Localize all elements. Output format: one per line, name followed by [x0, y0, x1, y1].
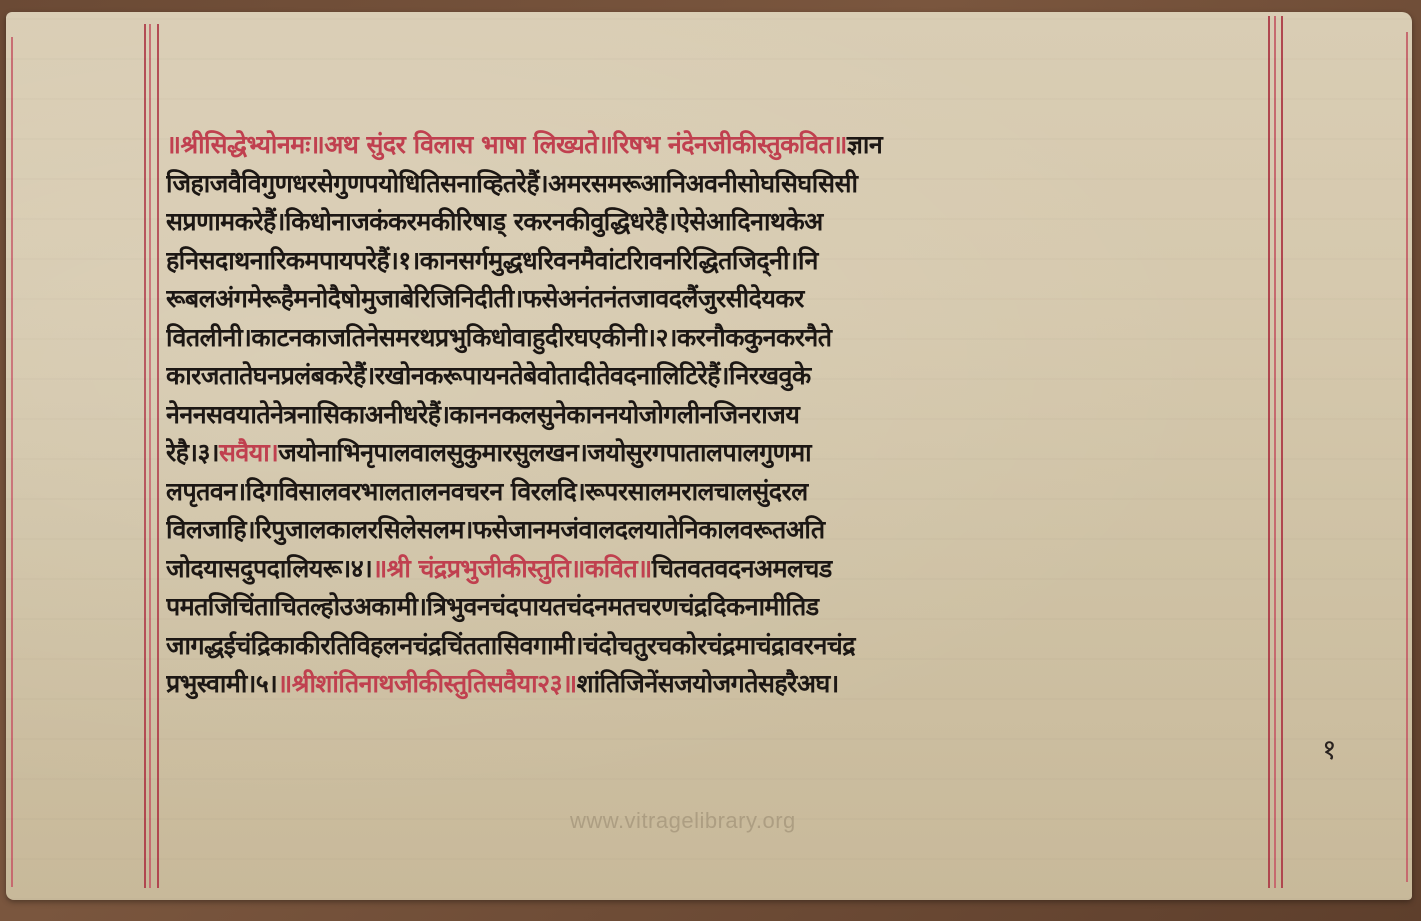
line-segment: विलजाहि। [166, 515, 255, 544]
line-segment: पमतजिचिंताचितल्होउअकामी।त्रिभुवनचंदपायतच… [166, 592, 819, 621]
line-segment: जिहाजवैविगुणधरसेगुणपयोधितिसनाव्हितरेहैं। [166, 169, 548, 198]
folio-number: १ [1322, 730, 1337, 768]
text-line-7: कारजतातेघनप्रलंबकरेहैं।रखोनकरूपायनतेबेवो… [166, 357, 1264, 396]
left-margin-rule-3 [157, 24, 159, 888]
text-line-4: हनिसदाथनारिकमपायपरेहैं।१।कानसर्गमुद्धधरि… [166, 242, 1264, 281]
text-line-2: जिहाजवैविगुणधरसेगुणपयोधितिसनाव्हितरेहैं।… [166, 165, 1264, 204]
text-line-14: जागद्धईचंद्रिकाकीरतिविहलनचंद्रचिंततासिवग… [166, 627, 1264, 666]
line-segment: वितलीनी। [166, 323, 251, 352]
line-segment: जोदयासदुपदालियरू।४। [166, 554, 372, 583]
line-segment: ॥श्रीशांतिनाथजीकीस्तुतिसवैया२३॥ [277, 669, 576, 698]
right-margin-rule-3 [1281, 16, 1283, 888]
line-segment: सप्रणामकरेहैं। [166, 207, 285, 236]
line-segment: कानसर्गमुद्धधरिवनमैवांटरिावनरिद्धितजिद्न… [420, 246, 818, 275]
line-segment: प्रभुस्वामी।५। [166, 669, 277, 698]
line-segment: चंदोचतुरचकोरचंद्रमाचंद्रावरनचंद्र [583, 631, 855, 660]
text-line-9: रेहै।३।सवैया।जयोनाभिनृपालवालसुकुमारसुलखन… [166, 434, 1264, 473]
line-segment: करनौककुनकरनैते [677, 323, 832, 352]
right-margin-rule-2 [1274, 16, 1276, 888]
line-segment: कारजतातेघनप्रलंबकरेहैं। [166, 361, 375, 390]
line-segment: निरखवुके [729, 361, 811, 390]
text-line-11: विलजाहि।रिपुजालकालरसिलेसलम।फसेजानमजंवालद… [166, 511, 1264, 550]
text-line-1: ॥श्रीसिद्धेभ्योनमः॥अथ सुंदर विलास भाषा ल… [166, 126, 1264, 165]
line-segment: नेननसवयातेनेत्रनासिकाअनीधरेहैं। [166, 400, 450, 429]
right-edge-rule [1406, 32, 1408, 882]
line-segment: ॥श्री चंद्रप्रभुजीकीस्तुति॥कवित॥ [372, 554, 651, 583]
line-segment: दिगविसालवरभालतालनवचरन विरलदि। [246, 477, 586, 506]
text-line-13: पमतजिचिंताचितल्होउअकामी।त्रिभुवनचंदपायतच… [166, 588, 1264, 627]
text-line-6: वितलीनी।काटनकाजतिनेसमरथप्रभुकिधोवाहुदीरघ… [166, 319, 1264, 358]
line-segment: ज्ञान [847, 130, 882, 159]
line-segment: रिपुजालकालरसिलेसलम। [255, 515, 473, 544]
text-line-15: प्रभुस्वामी।५।॥श्रीशांतिनाथजीकीस्तुतिसवै… [166, 665, 1264, 704]
line-segment: सवैया। [219, 438, 278, 467]
text-line-3: सप्रणामकरेहैं।किधोनाजकंकरमकीरिषाड् रकरनक… [166, 203, 1264, 242]
line-segment: शांतिजिनेंसजयोजगतेसहरैअघ। [577, 669, 839, 698]
left-edge-rule [11, 37, 13, 887]
line-segment: जयोसुरगपातालपालगुणमा [587, 438, 811, 467]
line-segment: हनिसदाथनारिकमपायपरेहैं।१। [166, 246, 420, 275]
line-segment: जागद्धईचंद्रिकाकीरतिविहलनचंद्रचिंततासिवग… [166, 631, 583, 660]
text-line-10: लपृतवन।दिगविसालवरभालतालनवचरन विरलदि।रूपर… [166, 473, 1264, 512]
line-segment: ॥श्रीसिद्धेभ्योनमः॥अथ सुंदर विलास भाषा ल… [166, 130, 847, 159]
line-segment: लपृतवन। [166, 477, 246, 506]
line-segment: रूपरसालमरालचालसुंदरल [585, 477, 807, 506]
text-line-5: रूबलअंगमेरूहैमनोदैषोमुजाबेरिजिनिदीती।फसे… [166, 280, 1264, 319]
line-segment: रेहै।३। [166, 438, 219, 467]
line-segment: काननकलसुनेकाननयोजोगलीनजिनराजय [450, 400, 800, 429]
text-line-12: जोदयासदुपदालियरू।४।॥श्री चंद्रप्रभुजीकीस… [166, 550, 1264, 589]
manuscript-text-block: ॥श्रीसिद्धेभ्योनमः॥अथ सुंदर विलास भाषा ल… [166, 126, 1264, 704]
right-margin-rule-1 [1268, 16, 1270, 888]
line-segment: रखोनकरूपायनतेबेवोतादीतेवदनालिटिरेहैं। [375, 361, 729, 390]
line-segment: काटनकाजतिनेसमरथप्रभुकिधोवाहुदीरघएकीनी।२। [251, 323, 677, 352]
line-segment: फसेअनंतनंतजावदलैंजुरसीदेयकर [523, 284, 804, 313]
left-margin-rule-2 [149, 24, 151, 888]
line-segment: जयोनाभिनृपालवालसुकुमारसुलखन। [278, 438, 587, 467]
line-segment: रूबलअंगमेरूहैमनोदैषोमुजाबेरिजिनिदीती। [166, 284, 523, 313]
watermark: www.vitragelibrary.org [570, 808, 796, 834]
left-margin-rule-1 [144, 24, 146, 888]
line-segment: ऐसेआदिनाथकेअ [676, 207, 823, 236]
line-segment: अमरसमरूआनिअवनीसोघसिघसिसी [548, 169, 857, 198]
line-segment: चितवतवदनअमलचड [652, 554, 832, 583]
text-line-8: नेननसवयातेनेत्रनासिकाअनीधरेहैं।काननकलसुन… [166, 396, 1264, 435]
line-segment: किधोनाजकंकरमकीरिषाड् रकरनकीवुद्धिधरेहै। [285, 207, 676, 236]
line-segment: फसेजानमजंवालदलयातेनिकालवरूतअति [473, 515, 825, 544]
